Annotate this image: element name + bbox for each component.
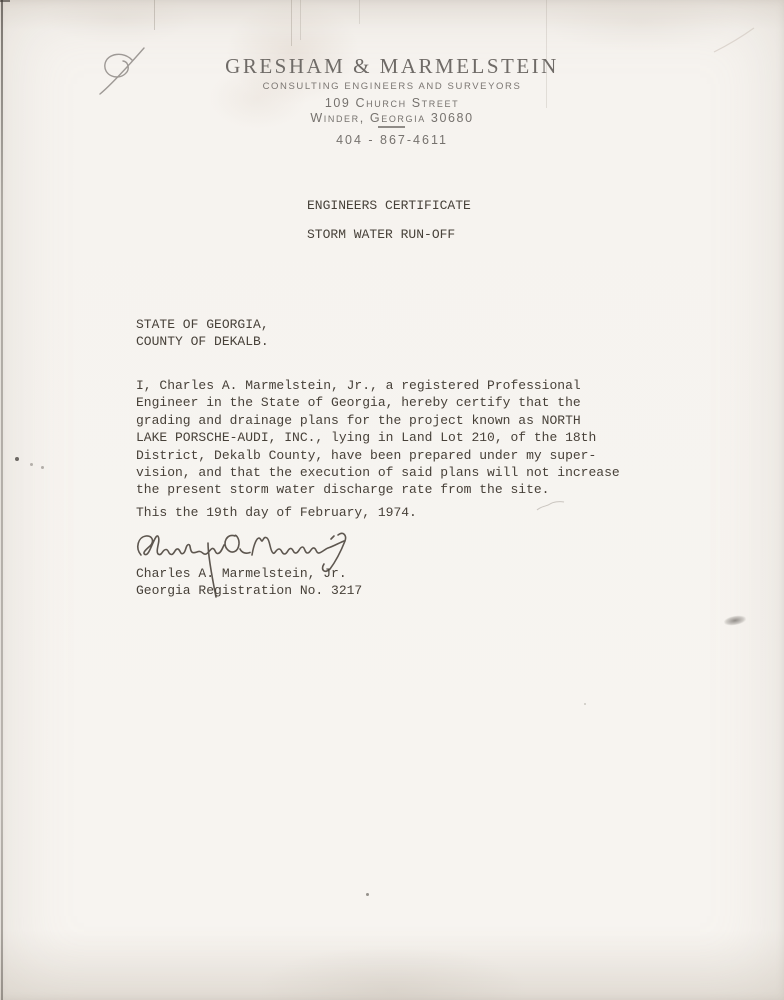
paper-crease [154, 0, 155, 30]
letterhead-divider [378, 126, 405, 128]
document-title-line1: ENGINEERS CERTIFICATE [307, 197, 471, 214]
pencil-dot [15, 457, 19, 461]
letterhead-firm-name: GRESHAM & MARMELSTEIN [0, 54, 784, 79]
pencil-dot [30, 463, 33, 466]
letterhead-street: 109 Church Street [0, 96, 784, 110]
paper-crease [359, 0, 360, 24]
scan-edge-line [1, 0, 3, 1000]
letterhead-tagline: CONSULTING ENGINEERS AND SURVEYORS [0, 81, 784, 92]
ink-smudge [723, 614, 746, 627]
scanned-document-page: GRESHAM & MARMELSTEIN CONSULTING ENGINEE… [0, 0, 784, 1000]
paper-crease [291, 0, 292, 46]
certificate-body: I, Charles A. Marmelstein, Jr., a regist… [136, 377, 636, 499]
scan-corner-mark [0, 0, 10, 2]
pencil-dot [41, 466, 44, 469]
letterhead-city: Winder, Georgia 30680 [0, 111, 784, 125]
faint-pencil-squiggle [534, 498, 568, 514]
speck [366, 893, 369, 896]
date-line: This the 19th day of February, 1974. [136, 504, 417, 521]
faint-crease-curve [710, 26, 758, 54]
handwritten-signature [132, 527, 352, 602]
speck [584, 703, 586, 705]
letterhead-phone: 404 - 867-4611 [0, 133, 784, 147]
paper-crease [300, 0, 301, 40]
document-title-line2: STORM WATER RUN-OFF [307, 226, 455, 243]
jurisdiction-block: STATE OF GEORGIA, COUNTY OF DEKALB. [136, 316, 269, 351]
